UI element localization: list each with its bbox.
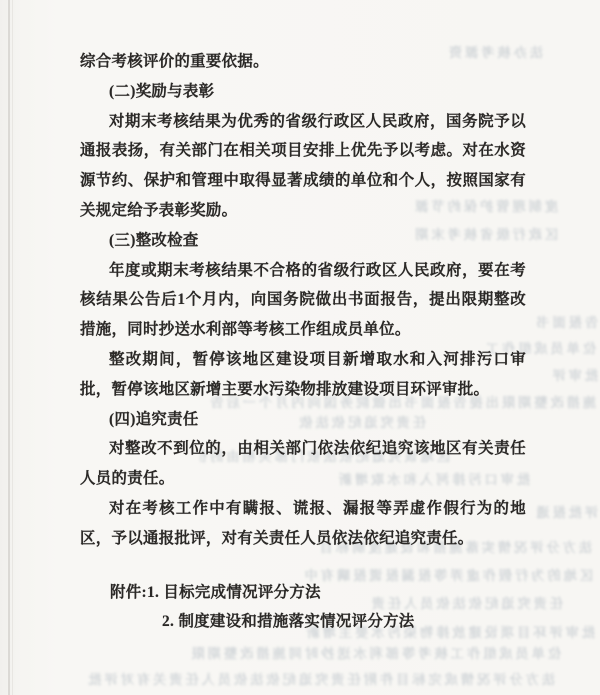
paragraph: 对期末考核结果为优秀的省级行政区人民政府，国务院予以通报表扬，有关部门在相关项目… (80, 107, 526, 226)
attachment-list-line-2: 2. 制度建设和措施落实情况评分方法 (80, 607, 526, 637)
paragraph: 年度或期末考核结果不合格的省级行政区人民政府，要在考核结果公告后1个月内，向国务… (80, 256, 526, 345)
ghost-bleed-line: 法方分评况情成完标目件附任责究追纪依法依员人任责关有对评批 (85, 671, 555, 688)
ghost-bleed-line: 告报面书 (520, 314, 598, 331)
attachment-list-line-1: 附件:1. 目标完成情况评分方法 (80, 578, 526, 608)
ghost-bleed-line: 批审评 (540, 367, 598, 384)
paper-fold-crease-highlight (12, 0, 13, 695)
paragraph: 综合考核评价的重要依据。 (80, 47, 526, 77)
ghost-bleed-line: 评批报通 (528, 504, 598, 521)
paragraph: 对在考核工作中有瞒报、谎报、漏报等弄虚作假行为的地区，予以通报批评，对有关责任人… (80, 494, 526, 554)
paragraph: 对整改不到位的，由相关部门依法依纪追究该地区有关责任人员的责任。 (80, 434, 526, 494)
document-text-block: 综合考核评价的重要依据。 (二)奖励与表彰 对期末考核结果为优秀的省级行政区人民… (80, 47, 526, 637)
scanned-document-page: 法办核考源资度制理管护保约节源区政行级省核考末期告报面书位单员成组作工批审评施措… (0, 0, 600, 695)
paragraph: 整改期间，暂停该地区建设项目新增取水和入河排污口审批，暂停该地区新增主要水污染物… (80, 345, 526, 405)
section-heading-2: (二)奖励与表彰 (80, 77, 526, 107)
paper-fold-crease (8, 0, 10, 695)
section-heading-3: (三)整改检查 (80, 226, 526, 256)
section-heading-4: (四)追究责任 (80, 405, 526, 435)
ghost-bleed-line: 位单员成组作工核考等部利水送抄时同施措改整期限 (185, 645, 561, 662)
